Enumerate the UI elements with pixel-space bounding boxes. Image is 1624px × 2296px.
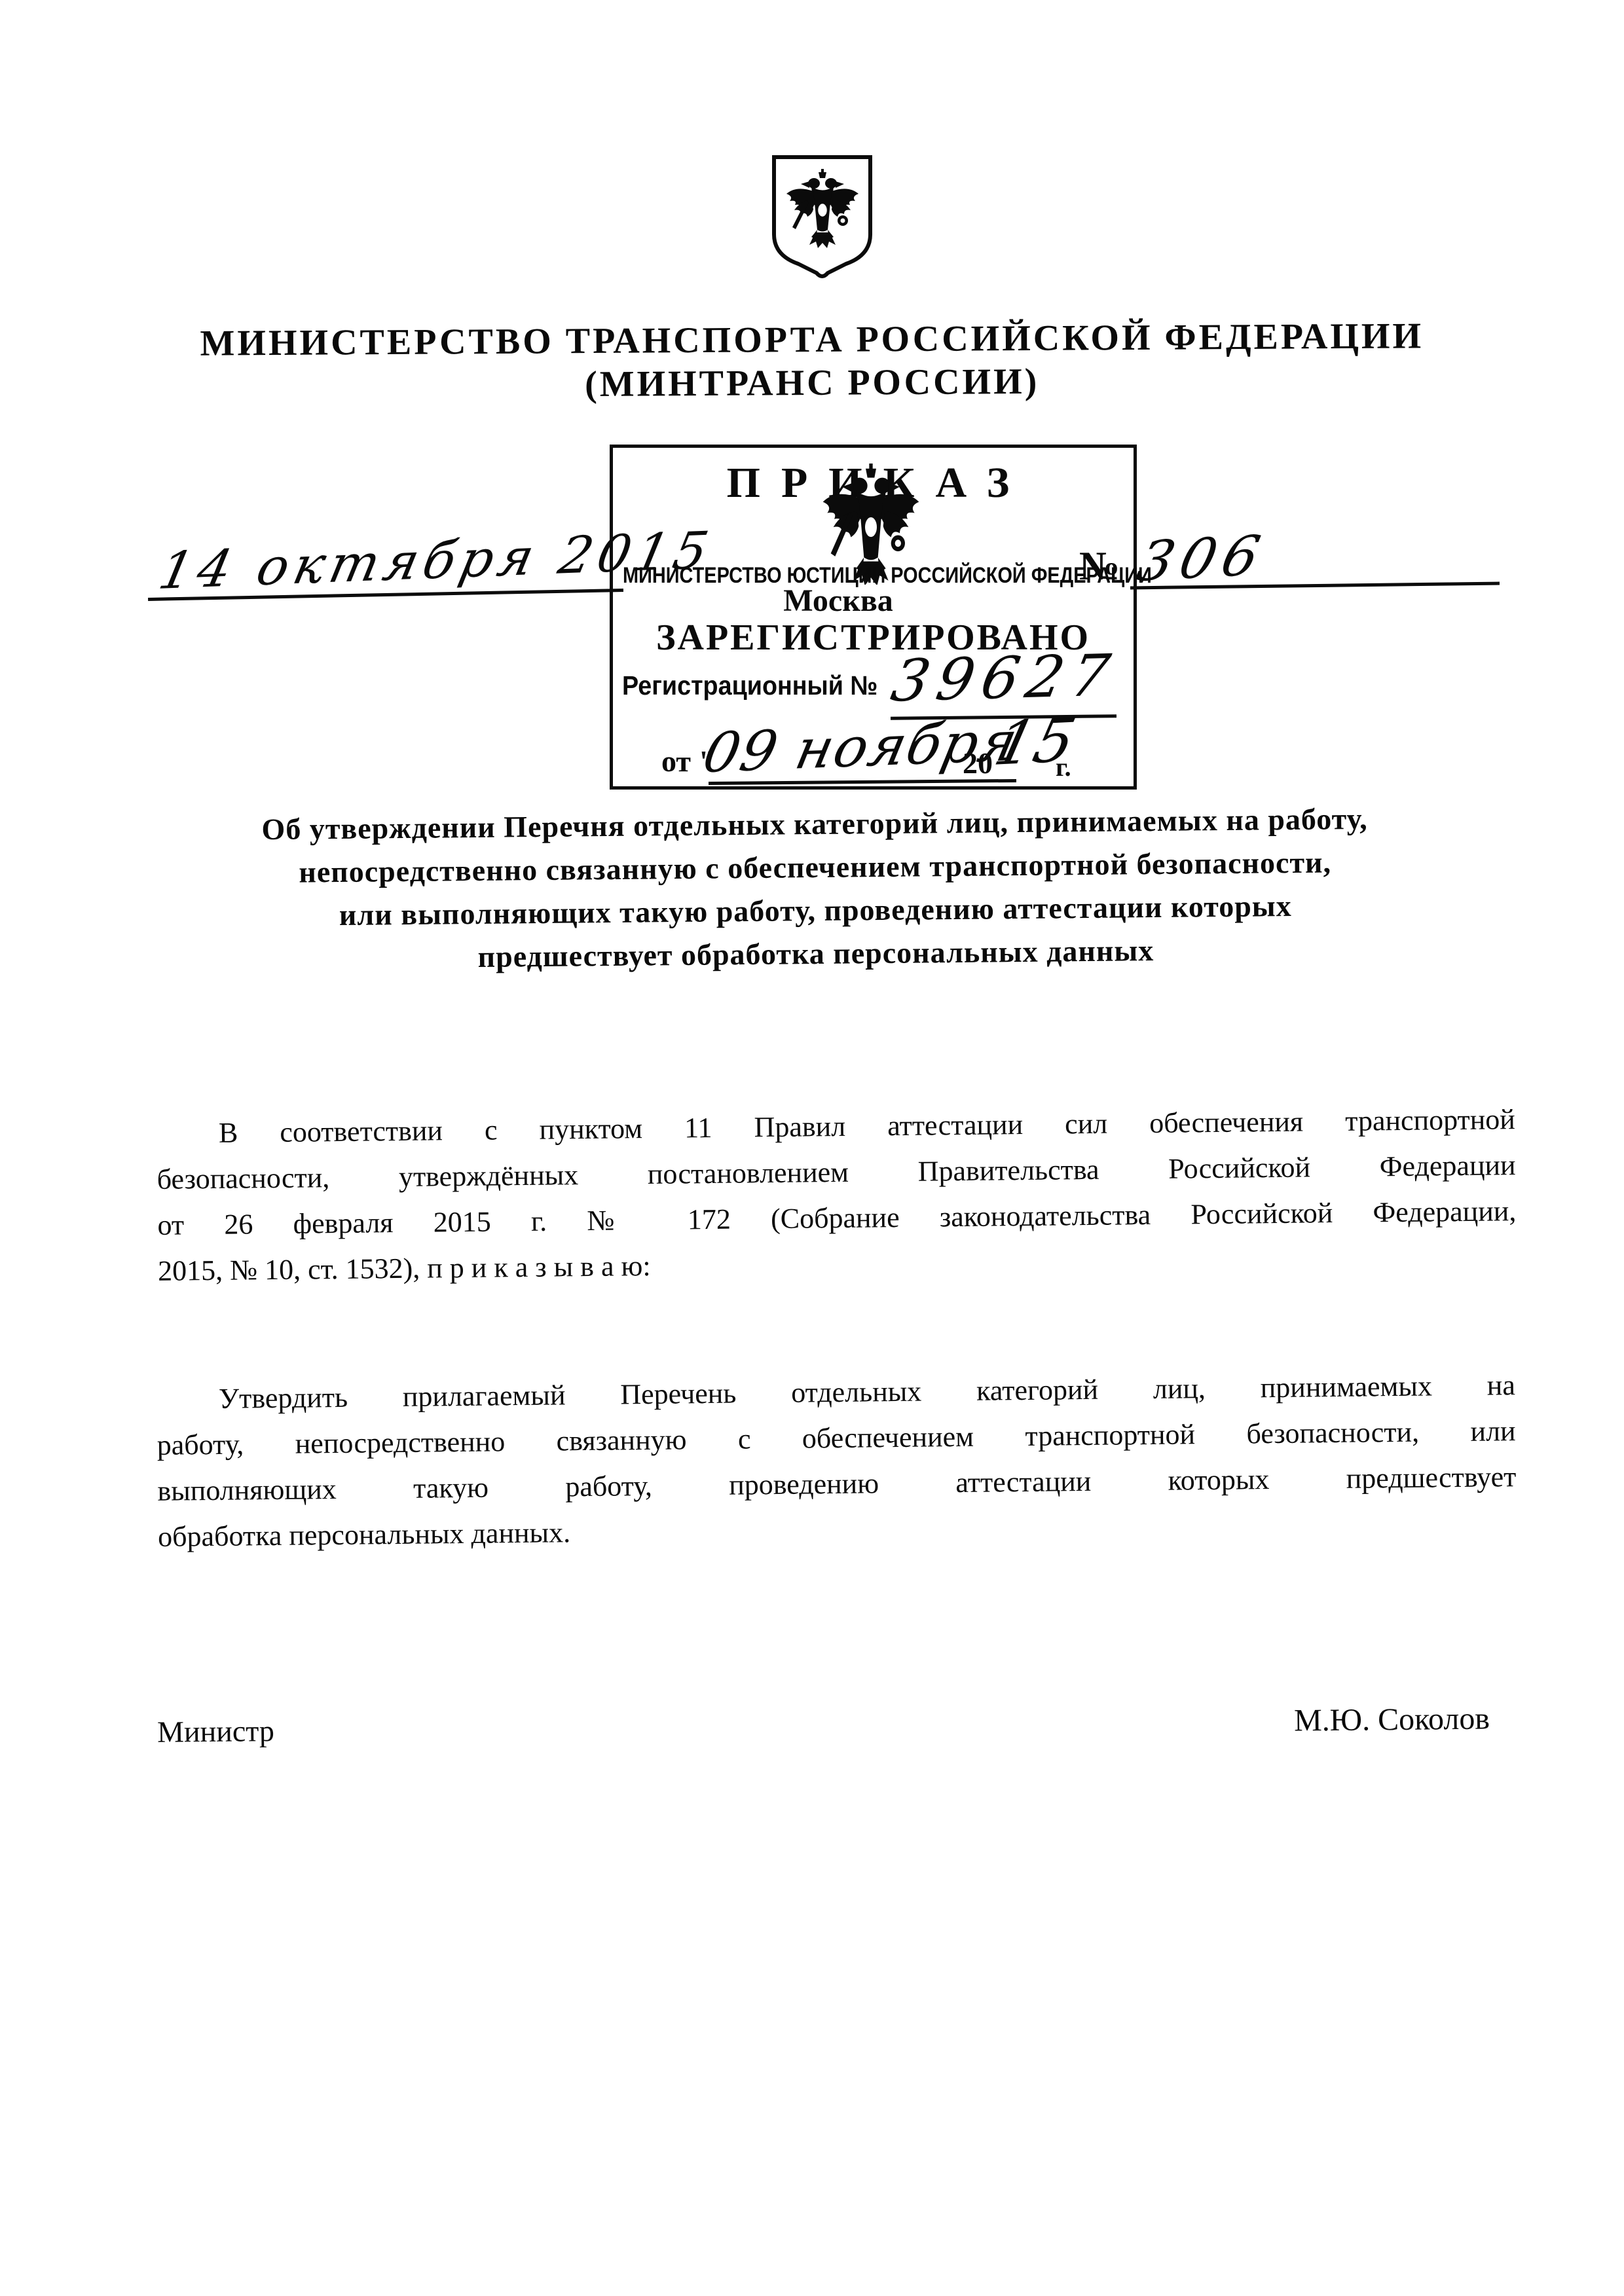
stamp-reg-number-handwritten: 39627 xyxy=(887,642,1123,715)
body-paragraph-preamble: В соответствии с пунктом 11 Правил аттес… xyxy=(157,1097,1517,1294)
signer-name: М.Ю. Соколов xyxy=(1294,1700,1516,1739)
order-title: Об утверждении Перечня отдельных категор… xyxy=(120,796,1510,982)
ministry-header: МИНИСТЕРСТВО ТРАНСПОРТА РОССИЙСКОЙ ФЕДЕР… xyxy=(0,313,1624,409)
order-number-handwritten: 306 xyxy=(1131,523,1272,594)
body-paragraph-resolution: Утвердить прилагаемый Перечень отдельных… xyxy=(157,1362,1517,1560)
order-number-sign: № xyxy=(1079,543,1120,590)
signer-role: Министр xyxy=(157,1713,274,1749)
order-city: Москва xyxy=(753,583,923,619)
stamp-reg-number-label: Регистрационный № xyxy=(622,670,877,701)
stamp-year-suffix: г. xyxy=(1056,752,1071,782)
signature-block: Министр М.Ю. Соколов xyxy=(157,1700,1516,1751)
scanned-order-page: МИНИСТЕРСТВО ТРАНСПОРТА РОССИЙСКОЙ ФЕДЕР… xyxy=(0,0,1624,2296)
russia-coat-of-arms-icon xyxy=(765,151,879,291)
